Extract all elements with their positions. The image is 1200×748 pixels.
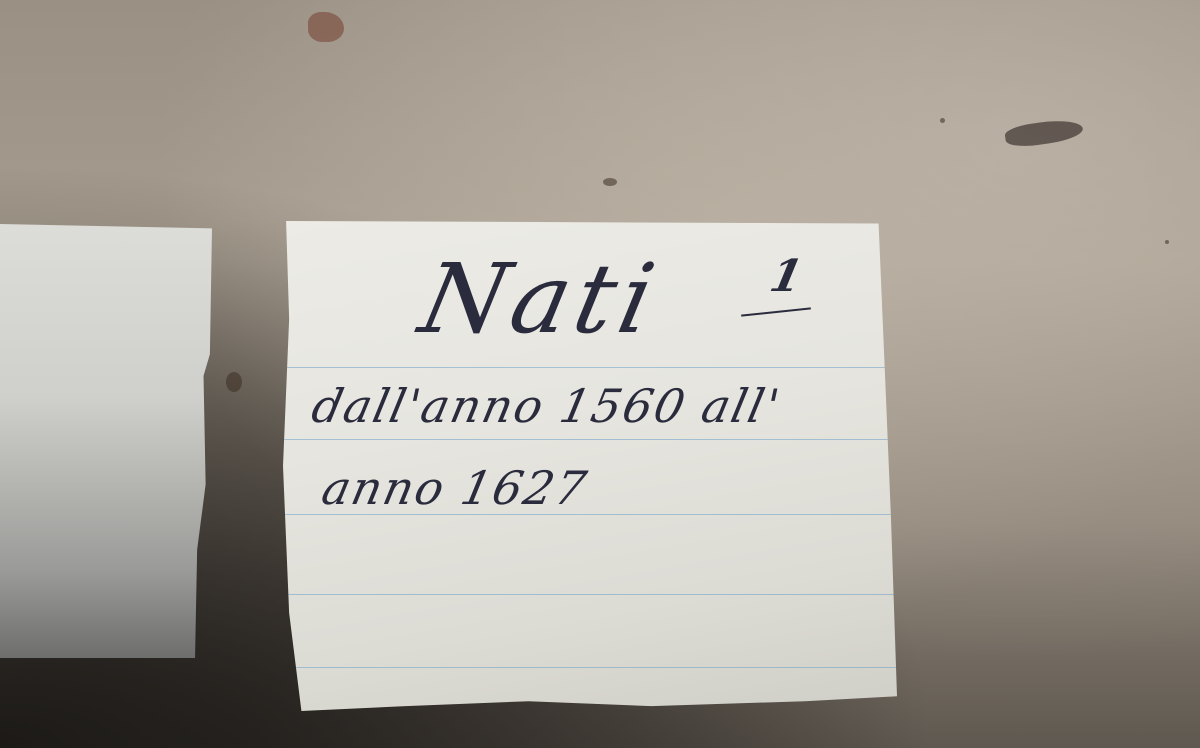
board-speck (1165, 240, 1169, 244)
handwritten-archive-label: Nati 1 dall'anno 1560 all' anno 1627 (283, 221, 897, 711)
ruled-line (283, 367, 897, 368)
ruled-line (283, 439, 897, 440)
label-date-range-line-1: dall'anno 1560 all' (307, 379, 786, 433)
ruled-line (283, 667, 897, 668)
number-underline (741, 307, 811, 316)
partial-paper-label-left (0, 224, 212, 658)
board-speck (940, 118, 945, 123)
board-stain (308, 12, 344, 42)
board-speck (603, 178, 617, 186)
ruled-line (283, 594, 897, 595)
label-number: 1 (766, 251, 809, 302)
board-speck (226, 372, 242, 392)
label-title: Nati (411, 243, 669, 355)
label-date-range-line-2: anno 1627 (317, 461, 593, 515)
